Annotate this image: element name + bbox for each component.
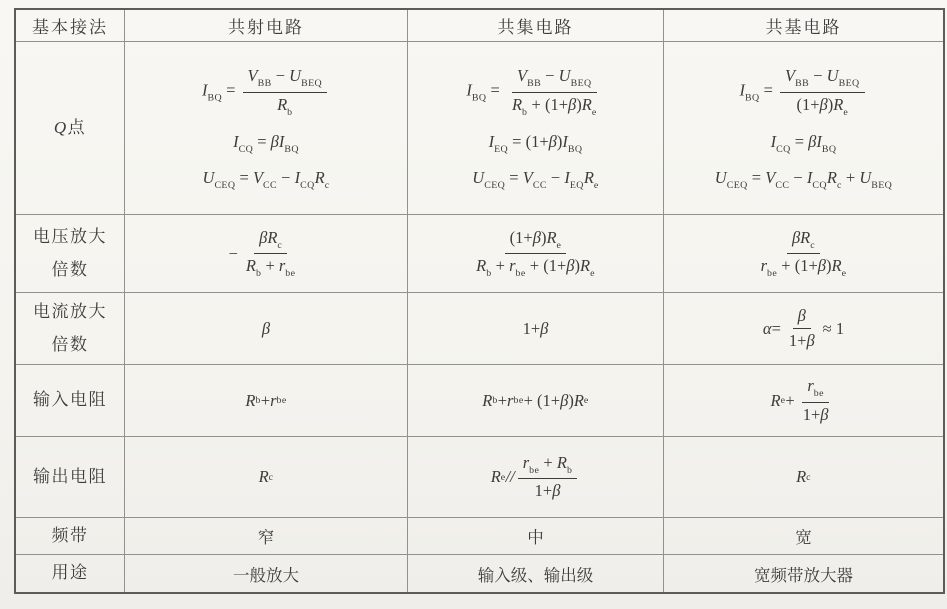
cell-bandwidth-common-base: 宽 — [664, 518, 943, 555]
cell-q-point-common-emitter: IBQ = VBB − UBEQRb ICQ = βIBQ UCEQ = VCC… — [125, 42, 408, 215]
cell-voltage-gain-common-collector: (1+β)ReRb + rbe + (1+β)Re — [408, 215, 664, 293]
header-cell-common-emitter: 共射电路 — [125, 10, 408, 42]
formula-line: ICQ = βIBQ — [771, 132, 837, 155]
cell-output-resistance-common-emitter: Rc — [125, 437, 408, 518]
cell-q-point-common-collector: IBQ = VBB − UBEQRb + (1+β)Re IEQ = (1+β)… — [408, 42, 664, 215]
cell-current-gain-common-collector: 1+β — [408, 293, 664, 365]
formula-line: UCEQ = VCC − ICQRc + UBEQ — [715, 168, 892, 191]
cell-bandwidth-common-collector: 中 — [408, 518, 664, 555]
header-cell-common-base: 共基电路 — [664, 10, 943, 42]
cell-input-resistance-common-base: Re + rbe1+β — [664, 365, 943, 437]
scanned-textbook-page: 基本接法 共射电路 共集电路 共基电路 Q 点 IBQ = VBB − UBEQ… — [0, 0, 947, 609]
formula-line: IBQ = VBB − UBEQRb — [202, 65, 330, 119]
formula-line: ICQ = βIBQ — [233, 132, 299, 155]
cell-usage-common-emitter: 一般放大 — [125, 555, 408, 592]
row-label-q-point: Q 点 — [16, 42, 125, 215]
formula-line: IEQ = (1+β)IBQ — [489, 132, 583, 155]
cell-current-gain-common-base: α = β1+β ≈ 1 — [664, 293, 943, 365]
cell-output-resistance-common-collector: Re // rbe + Rb1+β — [408, 437, 664, 518]
formula-line: UCEQ = VCC − ICQRc — [203, 168, 330, 191]
cell-input-resistance-common-collector: Rb + rbe + (1+β)Re — [408, 365, 664, 437]
row-label-voltage-gain: 电压放大倍数 — [16, 215, 125, 293]
row-label-current-gain: 电流放大倍数 — [16, 293, 125, 365]
cell-output-resistance-common-base: Rc — [664, 437, 943, 518]
cell-bandwidth-common-emitter: 窄 — [125, 518, 408, 555]
formula-line: IBQ = VBB − UBEQRb + (1+β)Re — [466, 65, 604, 119]
header-cell-common-collector: 共集电路 — [408, 10, 664, 42]
cell-voltage-gain-common-base: βRcrbe + (1+β)Re — [664, 215, 943, 293]
cell-usage-common-collector: 输入级、输出级 — [408, 555, 664, 592]
formula-line: UCEQ = VCC − IEQRe — [472, 168, 598, 191]
cell-q-point-common-base: IBQ = VBB − UBEQ(1+β)Re ICQ = βIBQ UCEQ … — [664, 42, 943, 215]
row-label-output-resistance: 输出电阻 — [16, 437, 125, 518]
row-label-input-resistance: 输入电阻 — [16, 365, 125, 437]
cell-voltage-gain-common-emitter: − βRcRb + rbe — [125, 215, 408, 293]
cell-input-resistance-common-emitter: Rb + rbe — [125, 365, 408, 437]
header-cell-basic-configuration: 基本接法 — [16, 10, 125, 42]
cell-current-gain-common-emitter: β — [125, 293, 408, 365]
row-label-usage: 用途 — [16, 555, 125, 592]
row-label-bandwidth: 频带 — [16, 518, 125, 555]
formula-line: IBQ = VBB − UBEQ(1+β)Re — [739, 65, 867, 119]
cell-usage-common-base: 宽频带放大器 — [664, 555, 943, 592]
amplifier-configuration-comparison-table: 基本接法 共射电路 共集电路 共基电路 Q 点 IBQ = VBB − UBEQ… — [14, 8, 945, 594]
